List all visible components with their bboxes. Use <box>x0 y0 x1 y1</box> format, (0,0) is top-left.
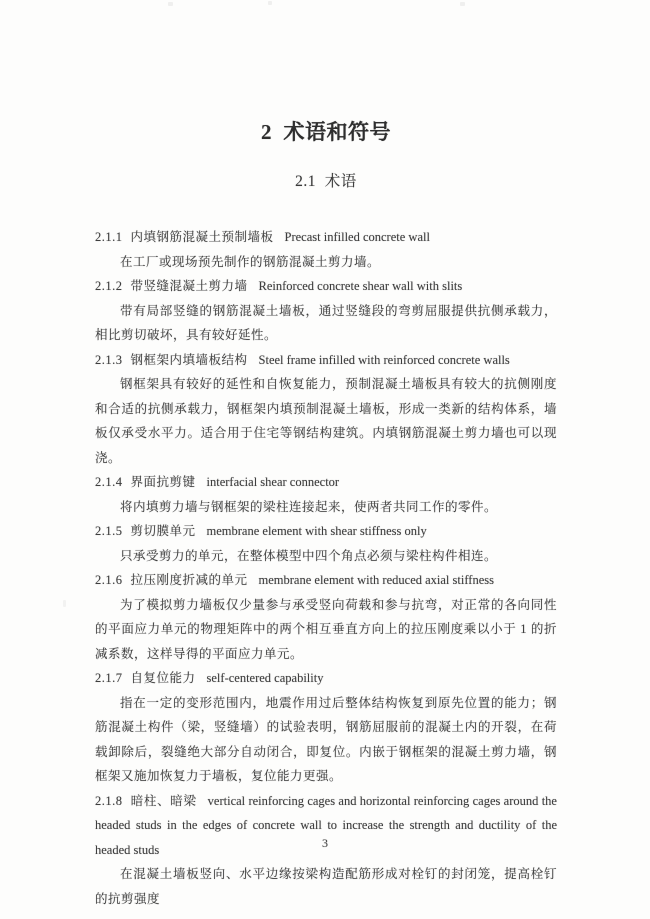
term-definition: 在工厂或现场预先制作的钢筋混凝土剪力墙。 <box>95 250 557 275</box>
term-definition: 钢框架具有较好的延性和自恢复能力，预制混凝土墙板具有较大的抗侧刚度和合适的抗侧承… <box>95 372 557 470</box>
term-name-zh: 内填钢筋混凝土预制墙板 <box>131 230 274 244</box>
term-name-en: self-centered capability <box>207 671 324 685</box>
term-number: 2.1.6 <box>95 573 123 587</box>
term-name-zh: 自复位能力 <box>131 671 196 685</box>
term-heading: 2.1.6拉压刚度折减的单元membrane element with redu… <box>95 568 557 593</box>
term-definition: 只承受剪力的单元，在整体模型中四个角点必须与梁柱构件相连。 <box>95 544 557 569</box>
term-entry-2-1-5: 2.1.5剪切膜单元membrane element with shear st… <box>95 519 557 568</box>
term-name-zh: 钢框架内填墙板结构 <box>131 353 248 367</box>
term-number: 2.1.1 <box>95 230 123 244</box>
term-heading: 2.1.7自复位能力self-centered capability <box>95 666 557 691</box>
term-number: 2.1.3 <box>95 353 123 367</box>
term-name-zh: 带竖缝混凝土剪力墙 <box>131 279 248 293</box>
term-number: 2.1.5 <box>95 524 123 538</box>
term-definition: 将内填剪力墙与钢框架的梁柱连接起来，使两者共同工作的零件。 <box>95 495 557 520</box>
term-definition: 带有局部竖缝的钢筋混凝土墙板，通过竖缝段的弯剪屈服提供抗侧承载力，相比剪切破坏，… <box>95 299 557 348</box>
page-content: 2 术语和符号 2.1 术语 2.1.1内填钢筋混凝土预制墙板Precast i… <box>95 0 557 911</box>
term-heading: 2.1.3钢框架内填墙板结构Steel frame infilled with … <box>95 348 557 373</box>
term-heading: 2.1.1内填钢筋混凝土预制墙板Precast infilled concret… <box>95 225 557 250</box>
term-number: 2.1.8 <box>95 794 123 808</box>
term-name-en: Precast infilled concrete wall <box>285 230 430 244</box>
term-name-zh: 暗柱、暗梁 <box>131 794 197 808</box>
term-entry-2-1-7: 2.1.7自复位能力self-centered capability 指在一定的… <box>95 666 557 789</box>
term-name-zh: 拉压刚度折减的单元 <box>131 573 248 587</box>
term-number: 2.1.2 <box>95 279 123 293</box>
term-heading: 2.1.4界面抗剪键interfacial shear connector <box>95 470 557 495</box>
term-definition: 为了模拟剪力墙板仅少量参与承受竖向荷载和参与抗弯，对正常的各向同性的平面应力单元… <box>95 593 557 667</box>
term-name-en: interfacial shear connector <box>207 475 340 489</box>
term-definition: 指在一定的变形范围内，地震作用过后整体结构恢复到原先位置的能力；钢筋混凝土构件（… <box>95 691 557 789</box>
term-name-zh: 界面抗剪键 <box>131 475 196 489</box>
term-name-en: Steel frame infilled with reinforced con… <box>259 353 510 367</box>
document-page: 2 术语和符号 2.1 术语 2.1.1内填钢筋混凝土预制墙板Precast i… <box>0 0 650 919</box>
term-name-zh: 剪切膜单元 <box>131 524 196 538</box>
term-name-en: membrane element with shear stiffness on… <box>207 524 427 538</box>
term-name-en: Reinforced concrete shear wall with slit… <box>259 279 463 293</box>
page-number: 3 <box>0 835 650 851</box>
term-number: 2.1.4 <box>95 475 123 489</box>
term-definition: 在混凝土墙板竖向、水平边缘按梁构造配筋形成对栓钉的封闭笼，提高栓钉的抗剪强度 <box>95 862 557 911</box>
term-name-en: membrane element with reduced axial stif… <box>259 573 494 587</box>
term-entry-2-1-1: 2.1.1内填钢筋混凝土预制墙板Precast infilled concret… <box>95 225 557 274</box>
term-number: 2.1.7 <box>95 671 123 685</box>
term-heading: 2.1.5剪切膜单元membrane element with shear st… <box>95 519 557 544</box>
term-entry-2-1-3: 2.1.3钢框架内填墙板结构Steel frame infilled with … <box>95 348 557 471</box>
section-title: 2.1 术语 <box>95 172 557 192</box>
term-entry-2-1-4: 2.1.4界面抗剪键interfacial shear connector 将内… <box>95 470 557 519</box>
term-entry-2-1-6: 2.1.6拉压刚度折减的单元membrane element with redu… <box>95 568 557 666</box>
term-heading: 2.1.2带竖缝混凝土剪力墙Reinforced concrete shear … <box>95 274 557 299</box>
terms-list: 2.1.1内填钢筋混凝土预制墙板Precast infilled concret… <box>95 225 557 911</box>
term-entry-2-1-2: 2.1.2带竖缝混凝土剪力墙Reinforced concrete shear … <box>95 274 557 348</box>
chapter-title: 2 术语和符号 <box>95 118 557 146</box>
scan-artifact <box>63 600 66 607</box>
